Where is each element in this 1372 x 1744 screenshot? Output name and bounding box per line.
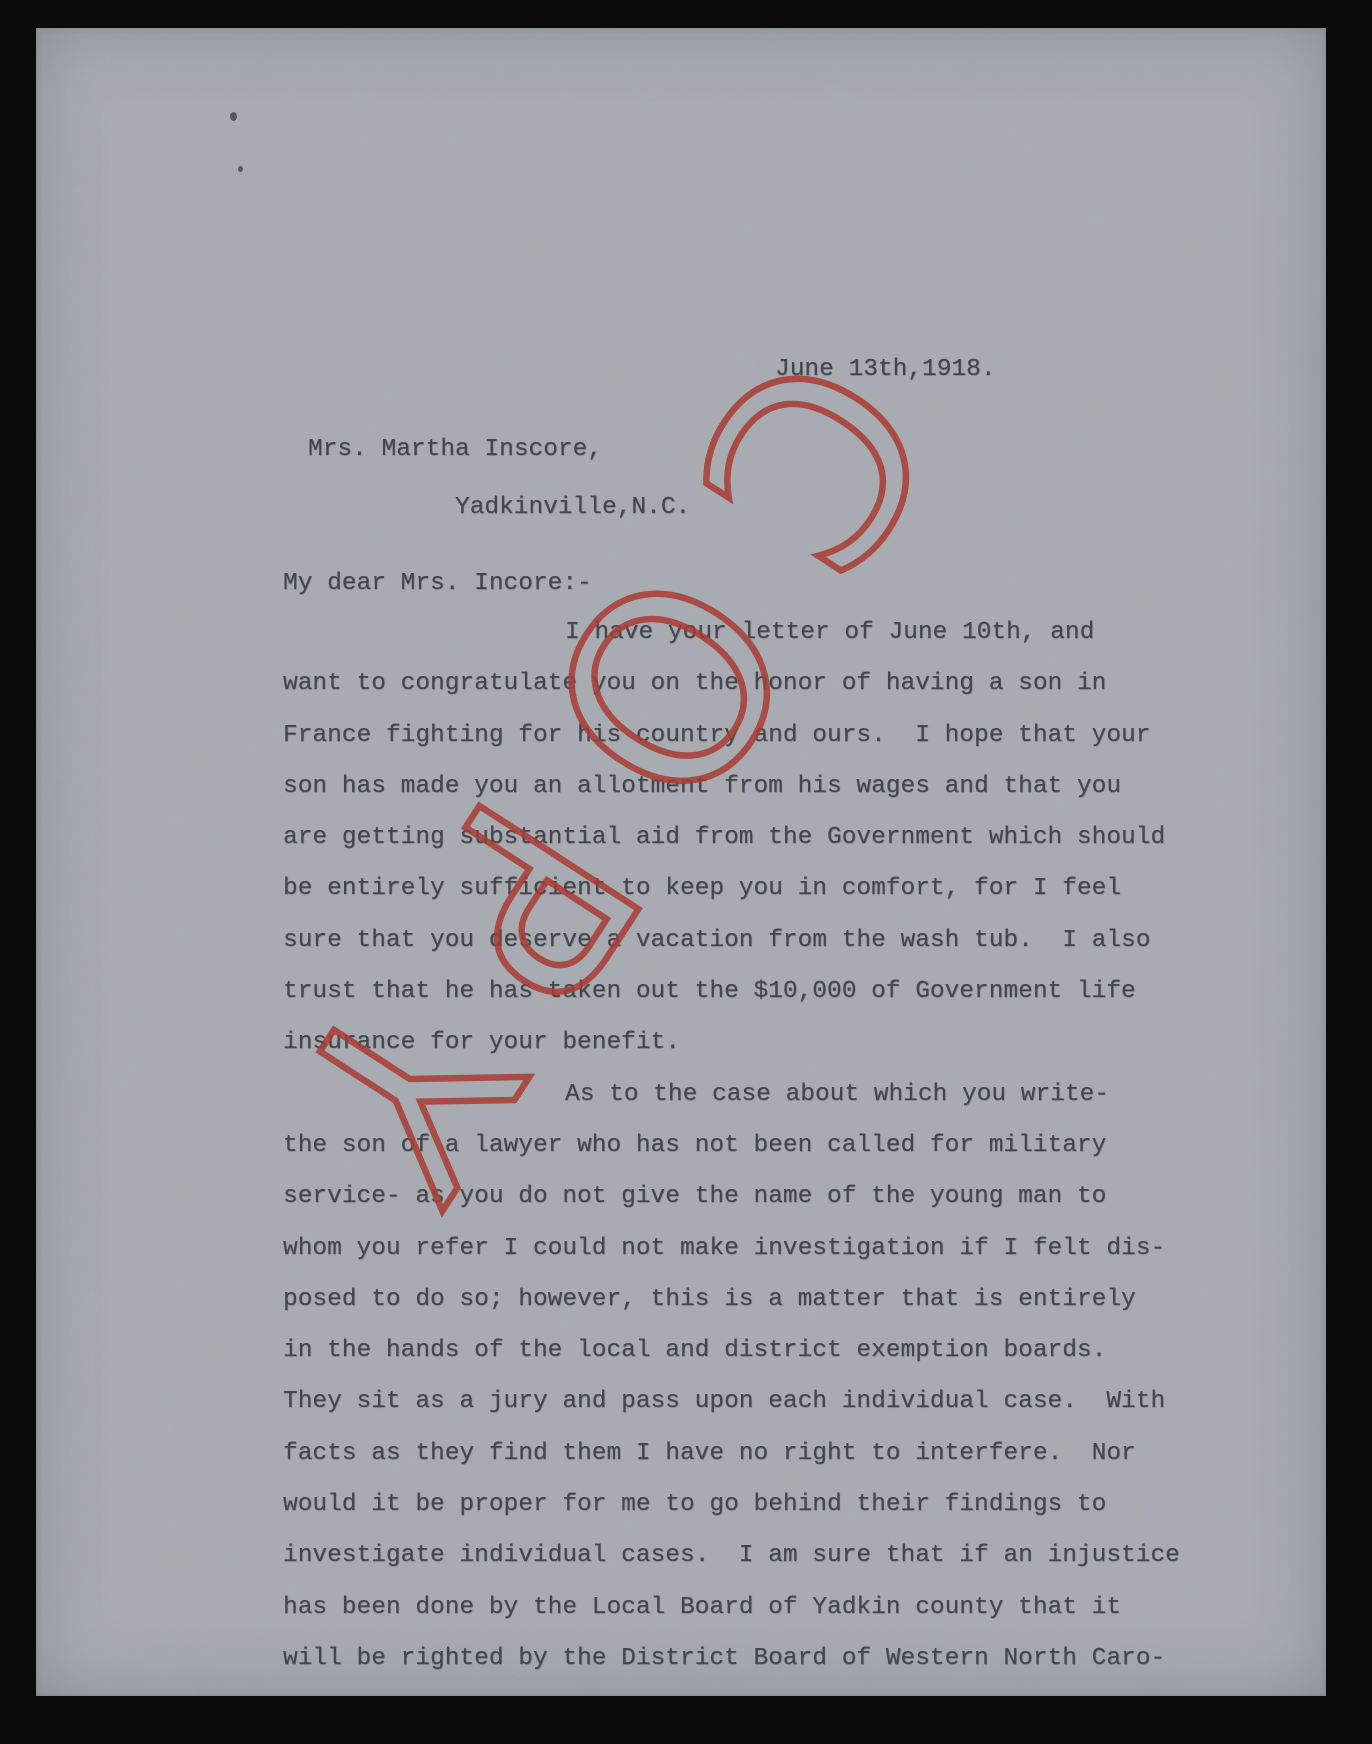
letter-line: the son of a lawyer who has not been cal… (283, 1120, 1180, 1171)
letter-line: has been done by the Local Board of Yadk… (283, 1582, 1180, 1633)
letter-line: I have your letter of June 10th, and (283, 607, 1180, 658)
letter-line: France fighting for his country and ours… (283, 710, 1180, 761)
letter-line: would it be proper for me to go behind t… (283, 1479, 1180, 1530)
salutation: My dear Mrs. Incore:- (283, 570, 592, 597)
letter-line: want to congratulate you on the honor of… (283, 658, 1180, 709)
letter-line: As to the case about which you write- (283, 1069, 1180, 1120)
recipient-name: Mrs. Martha Inscore, (308, 436, 602, 463)
letter-line: insurance for your benefit. (283, 1017, 1180, 1068)
paper-speck (230, 112, 237, 121)
paper-speck (238, 166, 243, 172)
letter-line: whom you refer I could not make investig… (283, 1223, 1180, 1274)
letter-line: service- as you do not give the name of … (283, 1171, 1180, 1222)
letter-date: June 13th,1918. (775, 356, 996, 383)
letter-line: They sit as a jury and pass upon each in… (283, 1376, 1180, 1427)
letter-line: facts as they find them I have no right … (283, 1428, 1180, 1479)
recipient-city: Yadkinville,N.C. (455, 494, 690, 521)
letter-line: posed to do so; however, this is a matte… (283, 1274, 1180, 1325)
letter-line: are getting substantial aid from the Gov… (283, 812, 1180, 863)
letter-line: in the hands of the local and district e… (283, 1325, 1180, 1376)
letter-line: will be righted by the District Board of… (283, 1633, 1180, 1684)
letter-body: I have your letter of June 10th, andwant… (283, 607, 1180, 1684)
letter-line: sure that you deserve a vacation from th… (283, 915, 1180, 966)
letter-line: investigate individual cases. I am sure … (283, 1530, 1180, 1581)
letter-line: son has made you an allotment from his w… (283, 761, 1180, 812)
letter-line: trust that he has taken out the $10,000 … (283, 966, 1180, 1017)
scanned-letter-page: June 13th,1918. Mrs. Martha Inscore, Yad… (0, 0, 1372, 1744)
letter-line: be entirely sufficient to keep you in co… (283, 863, 1180, 914)
